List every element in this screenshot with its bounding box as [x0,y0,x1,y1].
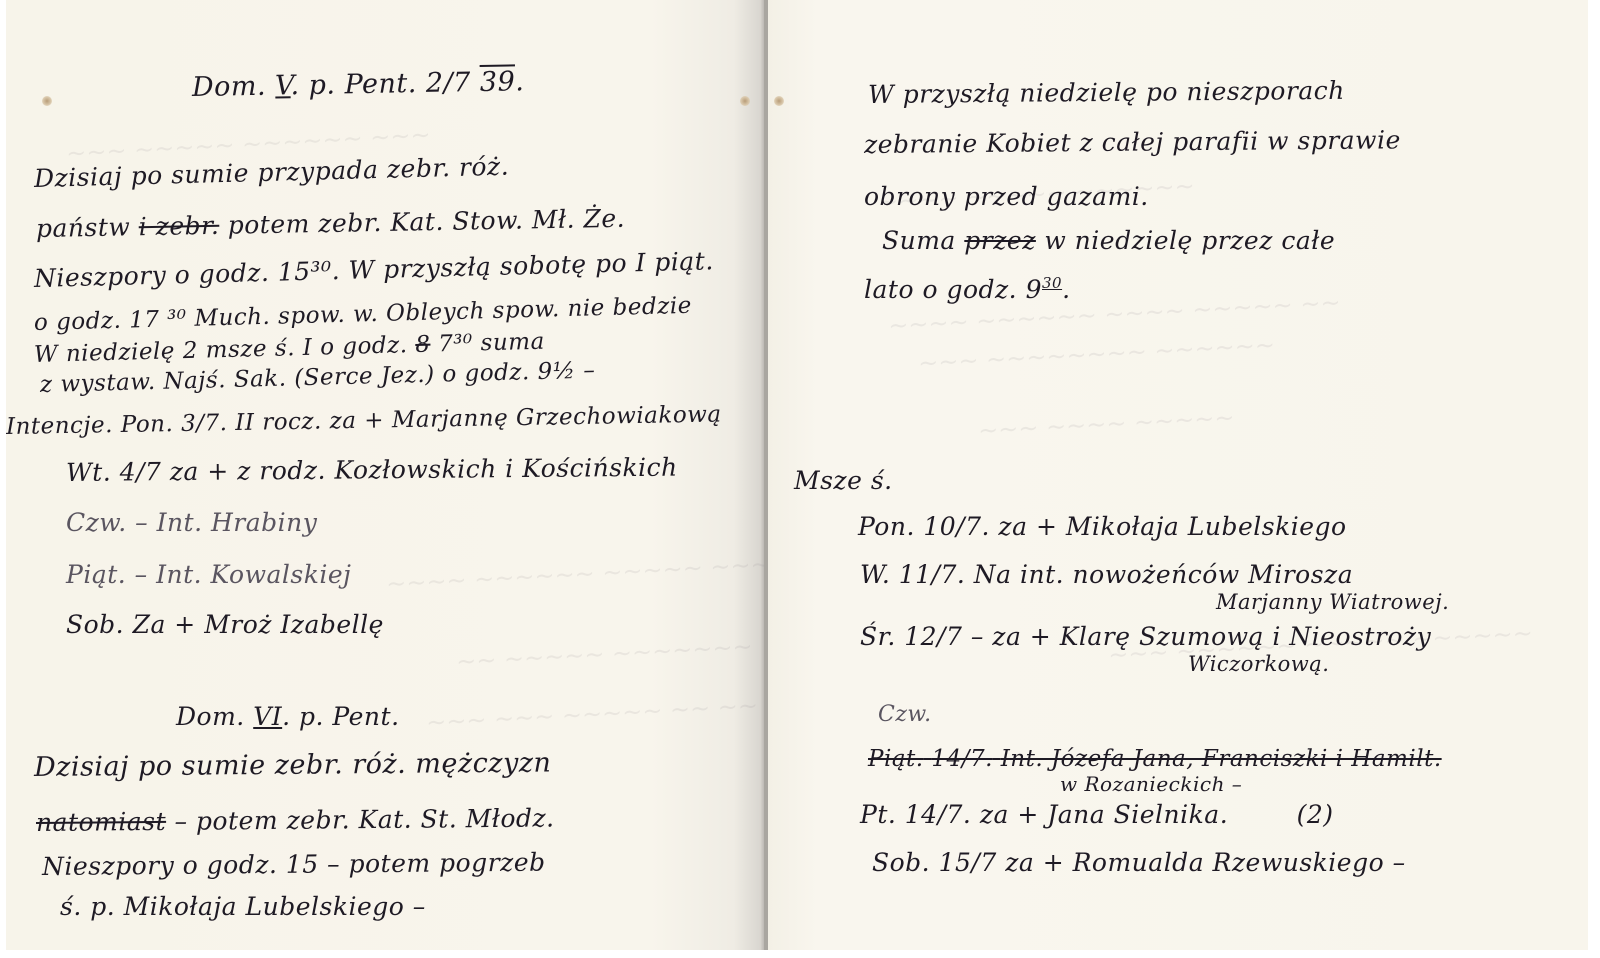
mass-intention: Int. Józefa Jana, Franciszki i Hamilt. [1001,746,1442,772]
mass-note: (2) [1297,800,1334,829]
text-segment: państw [36,212,139,243]
superscript-minutes: 30 [1042,274,1062,292]
struck-text: i zebr. [138,211,219,241]
stain-mark [42,96,52,106]
mass-intention: Na int. nowożeńców Mirosza [974,560,1353,589]
mass-day: Pon. [858,512,915,541]
mass-entry-continuation: Wiczorkową. [1188,652,1329,676]
mass-day: W. [860,560,890,589]
mass-entry-struck: Piąt. 14/7. Int. Józefa Jana, Franciszki… [868,746,1442,772]
heading-numeral: VI [253,702,282,731]
intentions-line: Intencje. Pon. 3/7. II rocz. za + Marjan… [6,402,722,440]
struck-text: 8 [415,332,431,358]
mass-entry: Pon. 10/7. za + Mikołaja Lubelskiego [858,512,1347,541]
notebook-spread: ~~~ ~~~~~ ~~~~~~ ~~~ ~~~~ ~~~~~~ ~~~~~ ~… [0,0,1600,958]
bleed-through-text: ~~~ ~~~ ~~~~~ ~~ ~~ [425,691,758,736]
intentions-line: Piąt. – Int. Kowalskiej [66,560,351,589]
text-line: Suma przez w niedzielę przez całe [882,226,1335,255]
heading-numeral: V [275,70,291,101]
mass-entry: Sob. 15/7 za + Romualda Rzewuskiego – [872,848,1406,877]
mass-intention: za + Jana Sielnika. [980,800,1228,829]
bleed-through-text: ~~~ ~~~~ ~~~~~ [977,403,1235,444]
heading-prefix: Dom. [192,71,276,103]
mass-intention: za + Romualda Rzewuskiego – [1005,848,1405,877]
text-segment: potem zebr. Kat. Stow. Mł. Że. [219,204,625,240]
text-segment: lato o godz. 9 [864,275,1042,304]
text-line: o godz. 17 ³⁰ Much. spow. w. Obleych spo… [34,293,692,336]
masses-heading: Msze ś. [794,466,893,495]
text-line: Nieszpory o godz. 15 – potem pogrzeb [42,848,546,881]
heading-end: . [515,66,525,97]
heading-date: . p. Pent. 2/7 [290,67,480,101]
left-page: ~~~ ~~~~~ ~~~~~~ ~~~ ~~~~ ~~~~~~ ~~~~~ ~… [6,0,764,950]
bleed-through-text: ~~~~ ~~~~~~ ~~~~~ ~~~ [386,550,764,598]
mass-entry: Śr. 12/7 – za + Klarę Szumową i Nieostro… [860,622,1431,651]
text-line: zebranie Kobiet z całej parafii w sprawi… [864,125,1401,159]
text-line: ś. p. Mikołaja Lubelskiego – [60,892,426,921]
text-line: obrony przed gazami. [864,182,1149,211]
struck-text: natomiast [36,807,166,837]
mass-day: Pt. [860,800,896,829]
stain-mark [740,96,750,106]
text-segment: . [1062,275,1070,304]
mass-day: Piąt. [868,746,924,772]
mass-entry: Pt. 14/7. za + Jana Sielnika. (2) [860,800,1334,829]
text-line: Nieszpory o godz. 15³⁰. W przyszłą sobot… [34,246,714,293]
mass-date: 14/7. [931,746,992,772]
mass-date: 10/7. [923,512,990,541]
struck-text: przez [964,226,1036,255]
mass-day: Śr. [860,622,896,651]
mass-day: Czw. [878,702,932,727]
text-line: Dzisiaj po sumie zebr. róż. mężczyzn [34,747,552,783]
mass-intention: – za + Klarę Szumową i Nieostroży [971,622,1431,651]
text-segment: Suma [882,226,964,255]
text-line: W przyszłą niedzielę po nieszporach [868,76,1345,109]
text-line: lato o godz. 930. [864,274,1071,304]
mass-intention: za + Mikołaja Lubelskiego [998,512,1346,541]
intentions-line: Czw. – Int. Hrabiny [66,508,317,537]
section-heading: Dom. VI. p. Pent. [176,702,400,731]
bleed-through-text: ~~~ ~~~~~~~~ ~~~~~~ [918,331,1276,378]
intentions-line: Wt. 4/7 za + z rodz. Kozłowskich i Kości… [66,453,678,487]
intentions-line: Sob. Za + Mroż Izabellę [66,610,384,639]
heading-year: 39 [480,66,516,98]
text-segment: 7³⁰ suma [430,329,545,358]
section-heading: Dom. V. p. Pent. 2/7 39. [192,66,525,103]
mass-entry-continuation: Marjanny Wiatrowej. [1216,590,1449,614]
text-line: państw i zebr. potem zebr. Kat. Stow. Mł… [36,204,626,243]
bleed-through-text: ~~ ~~~~~ ~~~~~~~ [455,632,753,675]
text-line: natomiast – potem zebr. Kat. St. Młodz. [36,803,555,837]
stain-mark [774,96,784,106]
text-segment: – potem zebr. Kat. St. Młodz. [166,803,555,835]
mass-entry: W. 11/7. Na int. nowożeńców Mirosza [860,560,1353,589]
text-segment: W niedzielę 2 msze ś. I o godz. [34,332,416,368]
mass-day: Sob. [872,848,930,877]
heading-prefix: Dom. [176,702,253,731]
mass-entry: Czw. [878,702,932,727]
heading-suffix: . p. Pent. [282,702,399,731]
mass-date: 12/7 [904,622,962,651]
mass-date: 14/7. [905,800,972,829]
right-page: ~~~~ ~~~~~ ~~~~~~ ~~~~ ~~~~~~ ~~~~ ~~~~~… [768,0,1588,950]
mass-date: 15/7 [939,848,997,877]
mass-entry-continuation: w Rozanieckich – [1060,772,1242,796]
text-segment: w niedzielę przez całe [1036,226,1335,255]
mass-date: 11/7. [899,560,966,589]
